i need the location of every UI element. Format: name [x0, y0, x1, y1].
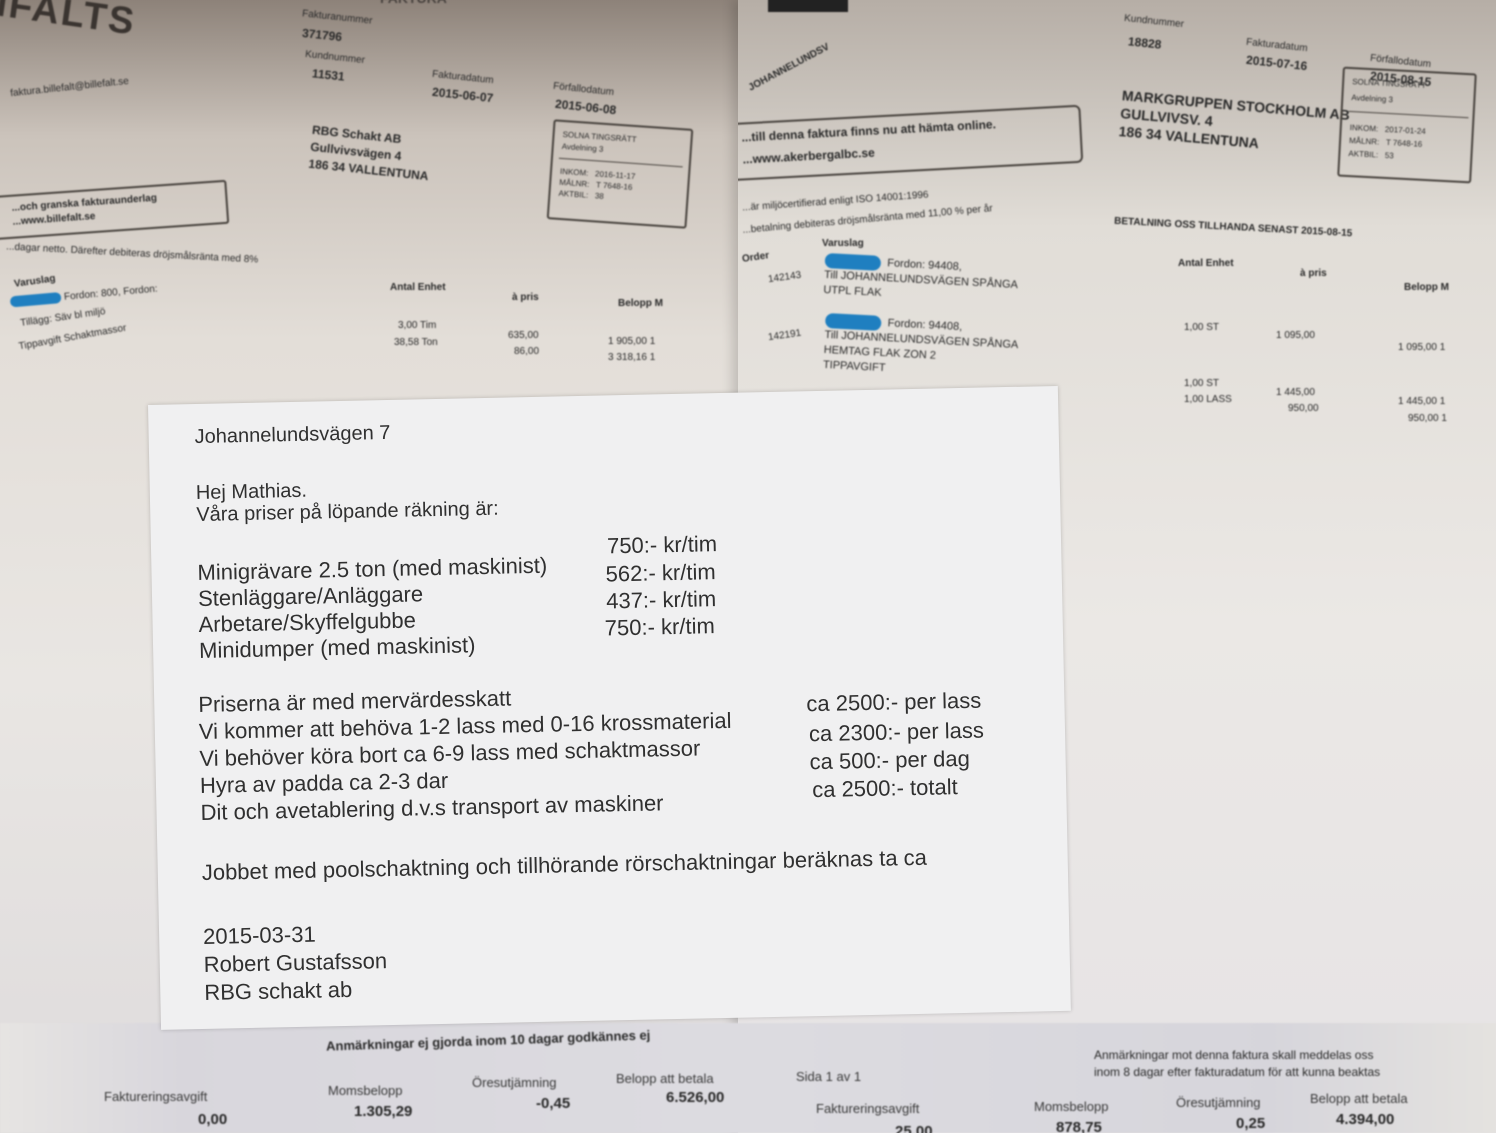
col-antal-enhet: Antal Enhet — [390, 282, 446, 293]
row-qty: 38,58 Ton — [394, 337, 438, 348]
col-belopp: Belopp M — [1404, 282, 1449, 293]
kundnummer-label: Kundnummer — [1124, 13, 1185, 30]
rate-price: 437:- kr/tim — [606, 586, 717, 614]
court-stamp: SOLNA TINGSRÄTT Avdelning 3 INKOM: 2017-… — [1337, 67, 1477, 184]
line-item: 2015-06-26 Fordon: 94408, Till JOHANNELU… — [823, 253, 1019, 308]
fakturadatum: 2015-07-16 — [1245, 53, 1308, 73]
row-qty: 1,00 ST — [1184, 322, 1219, 333]
kundnummer-label: Kundnummer — [305, 49, 366, 66]
left-ores-value: -0,45 — [536, 1095, 570, 1112]
rate-price: 562:- kr/tim — [605, 559, 716, 587]
kundnummer: 18828 — [1127, 34, 1162, 51]
line-item: Tillägg: Säv bl miljö — [20, 306, 106, 329]
col-varuslag: Varuslag — [822, 238, 864, 249]
notice-line: ...till denna faktura finns nu att hämta… — [741, 117, 996, 144]
iso-note: ...är miljöcertifierad enligt ISO 14001:… — [742, 189, 929, 213]
right-moms-value: 878,75 — [1056, 1119, 1102, 1133]
fakturanummer: 371796 — [301, 26, 342, 44]
right-page-indicator: Sida 1 av 1 — [796, 1069, 861, 1084]
payment-terms: ...dagar netto. Därefter debiteras dröjs… — [6, 241, 259, 265]
rate-item: Minidumper (med maskinist) — [199, 632, 476, 664]
invoice-title: FAKTURA — [380, 0, 447, 6]
right-ores-label: Öresutjämning — [1176, 1095, 1261, 1110]
reference-text: JOHANNELUNDSV — [747, 42, 832, 94]
sender-email: faktura.billefalt@billefalt.se — [10, 76, 130, 99]
row-order: 142191 — [767, 328, 802, 344]
rate-price: 750:- kr/tim — [607, 531, 718, 559]
line-item: 2015-06-26 Fordon: 94408, Till JOHANNELU… — [823, 313, 1020, 383]
cost-price: ca 2300:- per lass — [809, 718, 984, 748]
cost-item: Hyra av padda ca 2-3 dar — [200, 768, 449, 799]
row-price: 635,00 — [508, 330, 539, 341]
notice-box: ...och granska fakturaunderlag ...www.bi… — [0, 180, 229, 240]
row-order: 142143 — [767, 270, 802, 286]
right-fakturering-value: 25,00 — [895, 1123, 933, 1133]
stamp-line: Avdelning 3 — [561, 142, 603, 154]
row-price: 1 095,00 — [1276, 330, 1315, 341]
stamp-line: SOLNA TINGSRÄTT — [1352, 77, 1426, 90]
notice-line: ...och granska fakturaunderlag — [11, 193, 157, 214]
stamp-rows: INKOM: 2016-11-17 MÅLNR: T 7648-16 AKTBI… — [558, 166, 636, 204]
row-qty: 1,00 LASS — [1184, 394, 1232, 405]
row-amount: 1 095,00 1 — [1398, 342, 1445, 353]
rate-price: 750:- kr/tim — [605, 613, 716, 641]
left-belopp-value: 6.526,00 — [666, 1089, 724, 1106]
row-amount: 950,00 1 — [1408, 413, 1447, 424]
letter-heading: Johannelundsvägen 7 — [194, 422, 390, 449]
right-fakturering-label: Faktureringsavgift — [816, 1101, 919, 1116]
company-logo: IFALTS — [0, 0, 138, 45]
online-notice-box: ...till denna faktura finns nu att hämta… — [738, 105, 1083, 182]
right-belopp-label: Belopp att betala — [1310, 1091, 1408, 1106]
fakturanummer-label: Fakturanummer — [302, 8, 373, 26]
right-footer-remark: Anmärkningar mot denna faktura skall med… — [1094, 1047, 1380, 1081]
recipient-address: MARKGRUPPEN STOCKHOLM AB GULLVIVSV. 4 18… — [1118, 86, 1351, 160]
forfallodatum: 2015-06-08 — [554, 97, 617, 117]
col-antal-enhet: Antal Enhet — [1178, 258, 1234, 269]
cost-price: ca 2500:- totalt — [812, 774, 958, 803]
court-stamp: SOLNA TINGSRÄTT Avdelning 3 INKOM: 2016-… — [547, 119, 694, 229]
rate-item: Minigrävare 2.5 ton (med maskinist) — [197, 553, 547, 586]
row-qty: 1,00 ST — [1184, 378, 1219, 389]
signature-name: Robert Gustafsson — [203, 948, 387, 978]
invoice-footers: Anmärkningar ej gjorda inom 10 dagar god… — [0, 1023, 1496, 1133]
signature-company: RBG schakt ab — [204, 977, 352, 1006]
notice-line: ...www.akerbergalbc.se — [742, 146, 875, 167]
recipient-address: RBG Schakt AB Gullvivsvägen 4 186 34 VAL… — [308, 122, 433, 185]
right-ores-value: 0,25 — [1236, 1115, 1265, 1132]
stamp-line: Avdelning 3 — [1351, 93, 1393, 104]
right-belopp-value: 4.394,00 — [1336, 1111, 1394, 1128]
cost-price: ca 2500:- per lass — [806, 688, 981, 718]
left-belopp-label: Belopp att betala — [616, 1071, 714, 1086]
left-ores-label: Öresutjämning — [472, 1075, 557, 1090]
letter-date: 2015-03-31 — [203, 922, 316, 950]
letter-intro: Våra priser på löpande räkning är: — [196, 498, 499, 527]
stamp-rows: INKOM: 2017-01-24 MÅLNR: T 7648-16 AKTBI… — [1348, 121, 1426, 164]
col-a-pris: à pris — [1300, 268, 1327, 279]
col-belopp: Belopp M — [618, 298, 663, 309]
left-moms-value: 1.305,29 — [354, 1103, 412, 1120]
row-price: 950,00 — [1288, 403, 1319, 414]
col-varuslag: Varuslag — [13, 273, 56, 290]
right-moms-label: Momsbelopp — [1034, 1099, 1108, 1114]
cost-price: ca 500:- per dag — [809, 746, 970, 775]
due-notice: BETALNING OSS TILLHANDA SENAST 2015-08-1… — [1114, 216, 1353, 239]
row-amount: 1 445,00 1 — [1398, 396, 1445, 407]
fakturadatum-label: Fakturadatum — [432, 69, 495, 86]
row-price: 86,00 — [514, 346, 539, 357]
dark-logo-block — [768, 0, 848, 12]
highlighter-mark: 2015-06-01 — [10, 292, 62, 307]
kundnummer: 11531 — [311, 66, 345, 83]
col-order: Order — [741, 250, 770, 265]
quote-letter: Johannelundsvägen 7 Hej Mathias. Våra pr… — [148, 386, 1071, 1030]
left-fakturering-value: 0,00 — [198, 1111, 227, 1128]
forfallodatum-label: Förfallodatum — [553, 81, 615, 98]
row-qty: 3,00 Tim — [398, 320, 436, 331]
row-amount: 3 318,16 1 — [608, 352, 655, 363]
notice-line: ...www.billefalt.se — [12, 211, 96, 228]
row-amount: 1 905,00 1 — [608, 336, 655, 347]
left-fakturering-label: Faktureringsavgift — [104, 1089, 207, 1104]
fakturadatum: 2015-06-07 — [431, 85, 494, 105]
fakturadatum-label: Fakturadatum — [1246, 37, 1309, 54]
row-price: 1 445,00 — [1276, 387, 1315, 398]
left-moms-label: Momsbelopp — [328, 1083, 402, 1098]
job-note: Jobbet med poolschaktning och tillhörand… — [202, 845, 928, 886]
col-a-pris: à pris — [512, 292, 539, 303]
